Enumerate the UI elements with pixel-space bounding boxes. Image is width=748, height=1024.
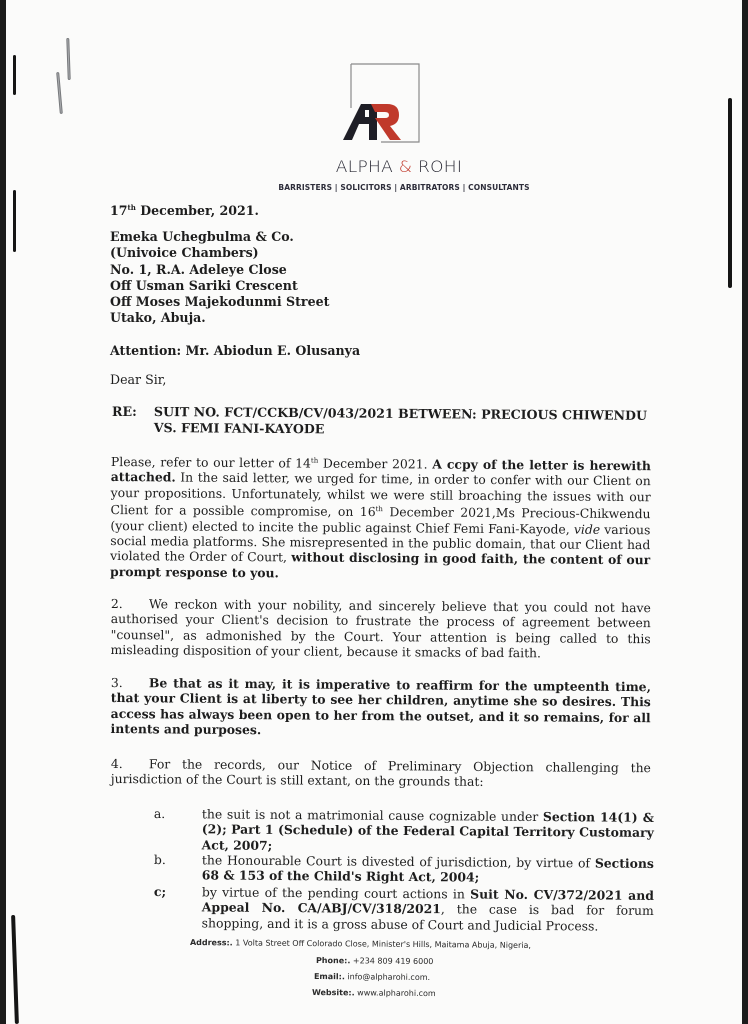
- paragraph-4: 4.For the records, our Notice of Prelimi…: [111, 756, 651, 791]
- left-edge-shadow: [11, 915, 19, 1024]
- recipient-line: Utako, Abuja.: [110, 310, 329, 326]
- letter-page: ALPHA & ROHI BARRISTERS | SOLICITORS | A…: [6, 0, 742, 1024]
- footer-address: Address:. 1 Volta Street Off Colorado Cl…: [190, 938, 531, 950]
- recipient-line: No. 1, R.A. Adeleye Close: [110, 262, 329, 278]
- right-edge-shadow: [728, 98, 732, 288]
- alpha-rohi-logo-icon: [337, 60, 427, 150]
- salutation: Dear Sir,: [110, 372, 166, 388]
- attention-line: Attention: Mr. Abiodun E. Olusanya: [110, 343, 360, 359]
- paragraph-3: 3.Be that as it may, it is imperative to…: [111, 675, 651, 741]
- recipient-address: Emeka Uchegbulma & Co. (Univoice Chamber…: [110, 229, 329, 327]
- re-label: RE:: [112, 404, 137, 420]
- firm-name: ALPHA & ROHI: [6, 158, 742, 177]
- ground-item: c; by virtue of the pending court action…: [154, 884, 654, 934]
- left-edge-shadow: [13, 190, 16, 252]
- staple-mark: [56, 72, 63, 114]
- paragraph-1: Please, refer to our letter of 14th Dece…: [110, 452, 651, 583]
- ground-item: a. the suit is not a matrimonial cause c…: [154, 806, 654, 856]
- recipient-line: (Univoice Chambers): [110, 245, 329, 261]
- ground-item: b. the Honourable Court is divested of j…: [154, 852, 654, 887]
- re-subject: SUIT NO. FCT/CCKB/CV/043/2021 BETWEEN: P…: [154, 404, 647, 440]
- paragraph-2: 2.We reckon with your nobility, and sinc…: [111, 596, 651, 662]
- recipient-line: Emeka Uchegbulma & Co.: [110, 229, 329, 245]
- footer-email[interactable]: Email:. info@alpharohi.com.: [314, 972, 430, 982]
- staple-mark: [66, 38, 70, 80]
- footer-website[interactable]: Website:. www.alpharohi.com: [312, 988, 436, 998]
- firm-tagline: BARRISTERS | SOLICITORS | ARBITRATORS | …: [6, 183, 742, 192]
- letter-date: 17th December, 2021.: [110, 200, 259, 219]
- footer-phone: Phone:. +234 809 419 6000: [316, 956, 434, 966]
- recipient-line: Off Moses Majekodunmi Street: [110, 294, 329, 310]
- recipient-line: Off Usman Sariki Crescent: [110, 278, 329, 294]
- left-edge-shadow: [13, 55, 16, 95]
